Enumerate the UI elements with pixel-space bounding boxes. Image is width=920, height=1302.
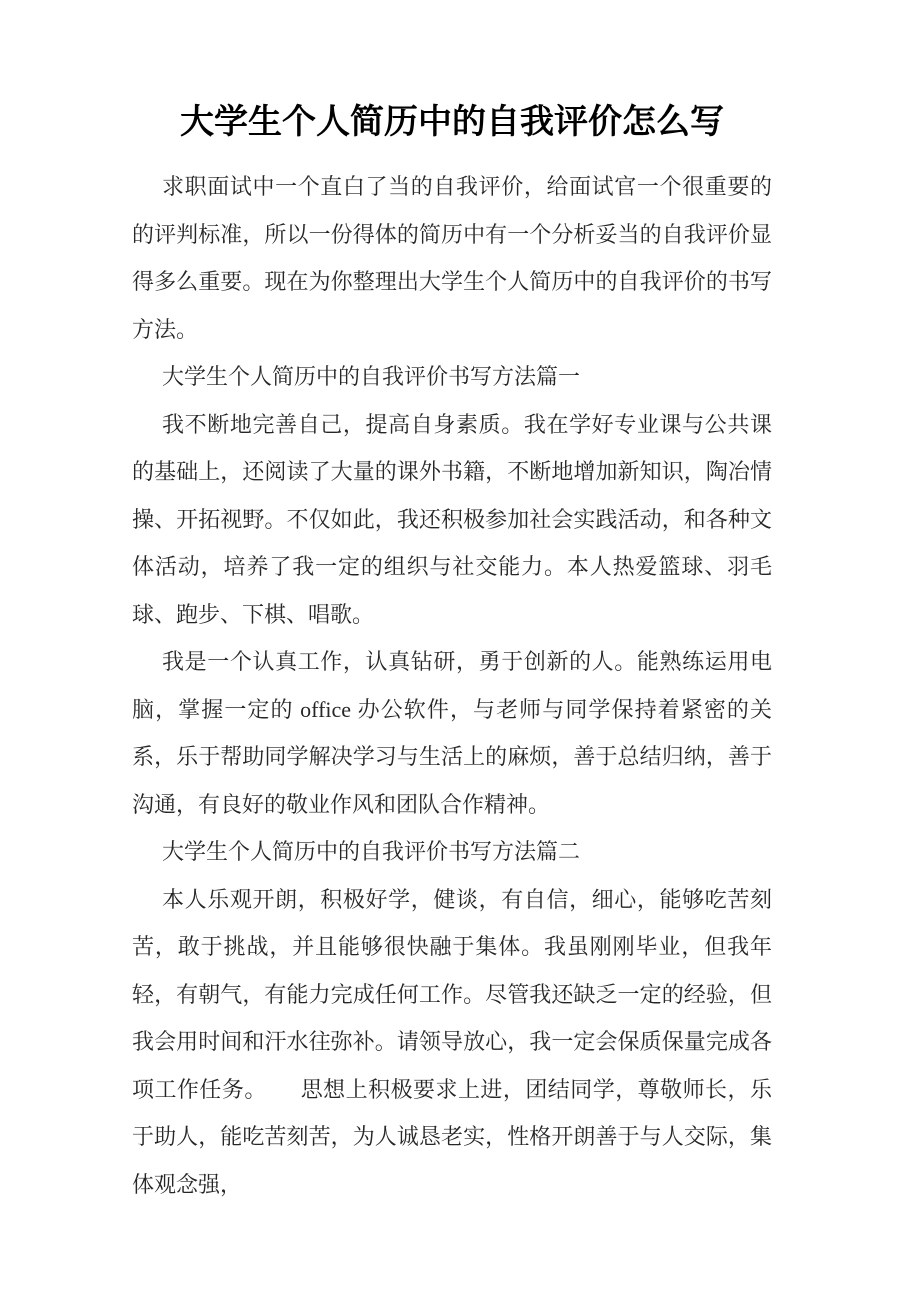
paragraph-intro: 求职面试中一个直白了当的自我评价，给面试官一个很重要的的评判标准，所以一份得体的… (132, 163, 772, 353)
paragraph-method-one-second: 我是一个认真工作，认真钻研，勇于创新的人。能熟练运用电脑，掌握一定的 offic… (132, 638, 772, 828)
section-heading-method-two: 大学生个人简历中的自我评价书写方法篇二 (132, 828, 772, 876)
paragraph-method-two: 本人乐观开朗，积极好学，健谈，有自信，细心，能够吃苦刻苦，敢于挑战，并且能够很快… (132, 876, 772, 1209)
section-heading-method-one: 大学生个人简历中的自我评价书写方法篇一 (132, 353, 772, 401)
document-title: 大学生个人简历中的自我评价怎么写 (132, 98, 772, 148)
document-content: 大学生个人简历中的自我评价怎么写 求职面试中一个直白了当的自我评价，给面试官一个… (0, 0, 920, 1208)
document-page: 大学生个人简历中的自我评价怎么写 求职面试中一个直白了当的自我评价，给面试官一个… (0, 0, 920, 1302)
paragraph-method-one-first: 我不断地完善自己，提高自身素质。我在学好专业课与公共课的基础上，还阅读了大量的课… (132, 401, 772, 639)
